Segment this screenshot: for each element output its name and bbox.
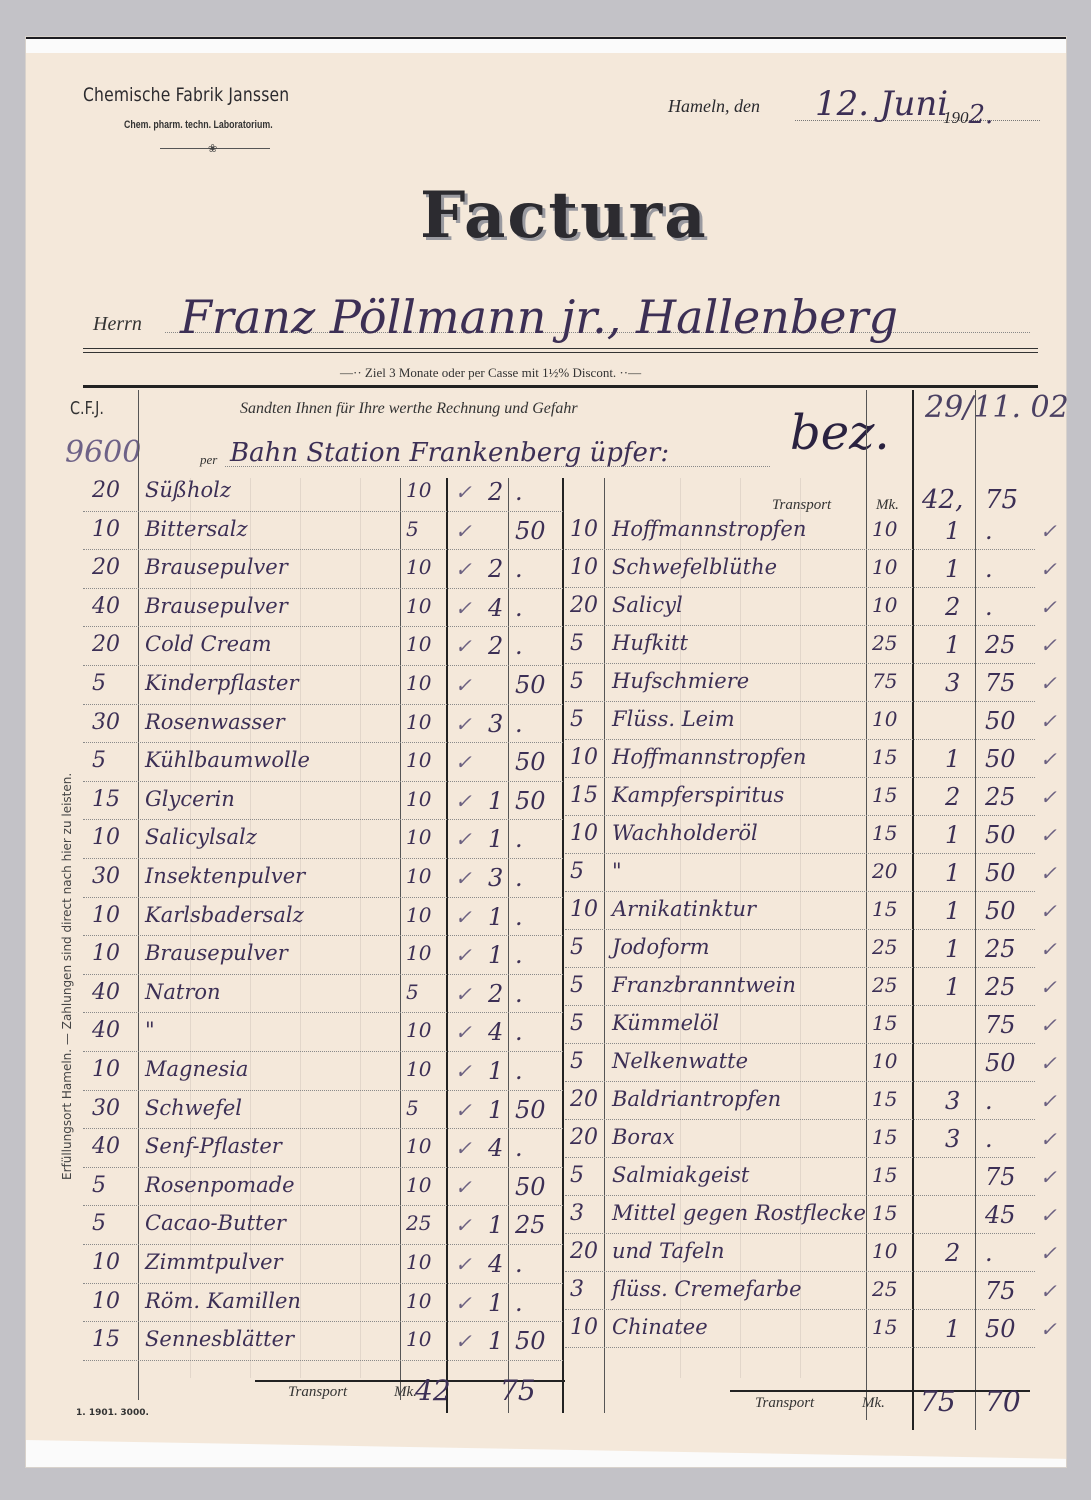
- amount-marks: 2: [945, 783, 960, 811]
- amount-pfennig: 50: [985, 821, 1016, 849]
- item-name: Borax: [612, 1125, 674, 1149]
- item-name: Jodoform: [612, 935, 710, 959]
- table-row: 20Salicyl102.✓: [0, 591, 1091, 630]
- recipient-name: Franz Pöllmann jr., Hallenberg: [180, 290, 898, 344]
- amount-marks: 1: [945, 517, 960, 545]
- table-row: 5Hufschmiere75375✓: [0, 667, 1091, 706]
- amount-pfennig: 50: [985, 1049, 1016, 1077]
- item-quantity: 10: [570, 821, 598, 846]
- rule-thick: [83, 385, 1038, 388]
- item-name: Schwefelblüthe: [612, 555, 777, 579]
- item-quantity: 10: [570, 517, 598, 542]
- item-quantity: 3: [570, 1277, 584, 1302]
- amount-marks: 3: [945, 1087, 960, 1115]
- place-prefix: Hameln, den: [668, 96, 760, 117]
- amount-pfennig: 75: [985, 1011, 1016, 1039]
- amount-pfennig: .: [985, 517, 993, 545]
- unit-price: 10: [872, 517, 897, 541]
- check-mark-icon: ✓: [1040, 1317, 1057, 1341]
- item-quantity: 5: [570, 669, 584, 694]
- amount-pfennig: 50: [985, 1315, 1016, 1343]
- item-quantity: 5: [570, 935, 584, 960]
- check-mark-icon: ✓: [1040, 595, 1057, 619]
- check-mark-icon: ✓: [1040, 747, 1057, 771]
- amount-marks: 2: [945, 593, 960, 621]
- amount-pfennig: 25: [985, 935, 1016, 963]
- document-title: Factura: [420, 178, 708, 253]
- check-mark-icon: ✓: [1040, 671, 1057, 695]
- table-row: 20Borax153.✓: [0, 1123, 1091, 1162]
- item-quantity: 5: [570, 1049, 584, 1074]
- item-name: Hoffmannstropfen: [612, 517, 806, 541]
- company-subtitle: Chem. pharm. techn. Laboratorium.: [124, 119, 273, 131]
- unit-price: 25: [872, 935, 897, 959]
- item-quantity: 15: [570, 783, 598, 808]
- table-row: 15Kampferspiritus15225✓: [0, 781, 1091, 820]
- item-name: Süßholz: [145, 478, 231, 502]
- table-row: 10Hoffmannstropfen15150✓: [0, 743, 1091, 782]
- company-name: Chemische Fabrik Janssen: [83, 84, 289, 106]
- amount-pfennig: 45: [985, 1201, 1016, 1229]
- item-name: und Tafeln: [612, 1239, 725, 1263]
- amount-pfennig: 75: [985, 669, 1016, 697]
- check-mark-icon: ✓: [1040, 1127, 1057, 1151]
- printed-year: 1902.: [943, 100, 993, 130]
- item-name: Nelkenwatte: [612, 1049, 748, 1073]
- table-row: 5Nelkenwatte1050✓: [0, 1047, 1091, 1086]
- payment-terms: —·· Ziel 3 Monate oder per Casse mit 1½%…: [340, 365, 641, 381]
- amount-pfennig: 50: [985, 859, 1016, 887]
- item-name: Salmiakgeist: [612, 1163, 749, 1187]
- right-transport-mk: 75: [920, 1385, 956, 1418]
- item-quantity: 5: [570, 859, 584, 884]
- per-label: per: [200, 452, 217, 468]
- item-quantity: 20: [570, 593, 598, 618]
- item-name: Hufschmiere: [612, 669, 749, 693]
- unit-price: 15: [872, 1125, 897, 1149]
- table-row: 5Flüss. Leim1050✓: [0, 705, 1091, 744]
- unit-price: 15: [872, 897, 897, 921]
- item-name: Franzbranntwein: [612, 973, 796, 997]
- table-row: 3Mittel gegen Rostflecke1545✓: [0, 1199, 1091, 1238]
- unit-price: 10: [872, 1239, 897, 1263]
- unit-price: 15: [872, 1011, 897, 1035]
- item-quantity: 10: [570, 1315, 598, 1340]
- table-row: 5Hufkitt25125✓: [0, 629, 1091, 668]
- table-row: 10Arnikatinktur15150✓: [0, 895, 1091, 934]
- item-quantity: 20: [570, 1087, 598, 1112]
- table-row: 3flüss. Cremefarbe2575✓: [0, 1275, 1091, 1314]
- table-row: 10Schwefelblüthe101.✓: [0, 553, 1091, 592]
- amount-marks: 3: [945, 1125, 960, 1153]
- check-mark-icon: ✓: [1040, 557, 1057, 581]
- table-row: 20Baldriantropfen153.✓: [0, 1085, 1091, 1124]
- amount-pfennig: .: [515, 478, 523, 506]
- right-transport-label: Transport: [755, 1395, 814, 1412]
- unit-price: 15: [872, 1201, 897, 1225]
- check-mark-icon: ✓: [1040, 1241, 1057, 1265]
- item-quantity: 5: [570, 631, 584, 656]
- unit-price: 15: [872, 1163, 897, 1187]
- table-row: 10Chinatee15150✓: [0, 1313, 1091, 1352]
- item-quantity: 10: [570, 897, 598, 922]
- item-quantity: 10: [570, 555, 598, 580]
- amount-marks: 1: [945, 973, 960, 1001]
- item-name: Wachholderöl: [612, 821, 758, 845]
- amount-marks: 1: [945, 859, 960, 887]
- table-row: 5Kümmelöl1575✓: [0, 1009, 1091, 1048]
- check-mark-icon: ✓: [1040, 633, 1057, 657]
- right-transport-pf: 70: [985, 1385, 1021, 1418]
- unit-price: 25: [872, 973, 897, 997]
- amount-marks: 1: [945, 745, 960, 773]
- check-mark-icon: ✓: [1040, 937, 1057, 961]
- salutation: Herrn: [93, 313, 142, 336]
- unit-price: 15: [872, 821, 897, 845]
- handwritten-date: 12. Juni: [815, 84, 948, 124]
- amount-marks: 1: [945, 555, 960, 583]
- amount-pfennig: 50: [985, 745, 1016, 773]
- table-row: 10Wachholderöl15150✓: [0, 819, 1091, 858]
- unit-price: 10: [872, 707, 897, 731]
- unit-price: 25: [872, 1277, 897, 1301]
- item-name: Mittel gegen Rostflecke: [612, 1201, 866, 1225]
- amount-pfennig: .: [985, 1239, 993, 1267]
- amount-marks: 2: [945, 1239, 960, 1267]
- item-quantity: 20: [570, 1239, 598, 1264]
- item-name: ": [612, 859, 622, 883]
- check-mark-icon: ✓: [1040, 519, 1057, 543]
- item-name: Arnikatinktur: [612, 897, 756, 921]
- amount-pfennig: 25: [985, 783, 1016, 811]
- item-quantity: 3: [570, 1201, 584, 1226]
- unit-price: 25: [872, 631, 897, 655]
- unit-price: 75: [872, 669, 897, 693]
- company-initials: C.F.J.: [70, 398, 104, 419]
- check-mark-icon: ✓: [1040, 861, 1057, 885]
- item-name: Flüss. Leim: [612, 707, 735, 731]
- amount-marks: 1: [945, 631, 960, 659]
- handwritten-year-digit: 2.: [969, 100, 994, 130]
- left-transport-pf: 75: [500, 1374, 536, 1407]
- check-mark-icon: ✓: [1040, 709, 1057, 733]
- table-row: 20und Tafeln102.✓: [0, 1237, 1091, 1276]
- table-row: 5Salmiakgeist1575✓: [0, 1161, 1091, 1200]
- check-mark-icon: ✓: [1040, 785, 1057, 809]
- item-name: Kümmelöl: [612, 1011, 719, 1035]
- amount-pfennig: .: [985, 1125, 993, 1153]
- check-mark-icon: ✓: [1040, 1051, 1057, 1075]
- table-row: 5"20150✓: [0, 857, 1091, 896]
- table-row: 20Süßholz102.✓: [0, 476, 1091, 515]
- amount-pfennig: 25: [985, 973, 1016, 1001]
- item-quantity: 5: [570, 1163, 584, 1188]
- check-mark-icon: ✓: [1040, 899, 1057, 923]
- check-mark-icon: ✓: [1040, 1165, 1057, 1189]
- amount-marks: 2: [488, 478, 503, 506]
- unit-price: 10: [872, 555, 897, 579]
- unit-price: 10: [872, 593, 897, 617]
- unit-price: 15: [872, 1315, 897, 1339]
- check-mark-icon: ✓: [1040, 1203, 1057, 1227]
- table-row: 5Franzbranntwein25125✓: [0, 971, 1091, 1010]
- shipping-route: Bahn Station Frankenberg üpfer:: [230, 438, 669, 468]
- check-mark-icon: ✓: [1040, 1279, 1057, 1303]
- ornament-icon: ❀: [208, 142, 217, 155]
- unit-price: 15: [872, 1087, 897, 1111]
- item-name: Baldriantropfen: [612, 1087, 781, 1111]
- amount-pfennig: .: [985, 1087, 993, 1115]
- check-mark-icon: ✓: [1040, 1013, 1057, 1037]
- amount-pfennig: 75: [985, 1277, 1016, 1305]
- reference-number: 9600: [65, 435, 141, 470]
- check-mark-icon: ✓: [1040, 1089, 1057, 1113]
- paid-date: 29/11. 02: [925, 390, 1069, 425]
- amount-pfennig: 50: [985, 897, 1016, 925]
- check-mark-icon: ✓: [1040, 823, 1057, 847]
- right-currency-label: Mk.: [862, 1395, 885, 1412]
- amount-pfennig: 75: [985, 1163, 1016, 1191]
- item-quantity: 5: [570, 1011, 584, 1036]
- item-name: Chinatee: [612, 1315, 708, 1339]
- left-currency-label: Mk.: [394, 1384, 417, 1401]
- check-mark-icon: ✓: [455, 480, 472, 504]
- amount-pfennig: 50: [985, 707, 1016, 735]
- item-quantity: 10: [570, 745, 598, 770]
- item-name: Hoffmannstropfen: [612, 745, 806, 769]
- item-name: Kampferspiritus: [612, 783, 784, 807]
- amount-marks: 3: [945, 669, 960, 697]
- item-name: Hufkitt: [612, 631, 688, 655]
- amount-marks: 1: [945, 897, 960, 925]
- rule: [83, 348, 1038, 349]
- amount-marks: 1: [945, 935, 960, 963]
- item-quantity: 5: [570, 707, 584, 732]
- table-row: 5Jodoform25125✓: [0, 933, 1091, 972]
- table-row: 10Hoffmannstropfen101.✓: [0, 515, 1091, 554]
- item-quantity: 20: [570, 1125, 598, 1150]
- left-transport-mk: 42: [415, 1374, 451, 1407]
- amount-marks: 1: [945, 1315, 960, 1343]
- amount-marks: 1: [945, 821, 960, 849]
- item-name: flüss. Cremefarbe: [612, 1277, 802, 1301]
- print-code: 1. 1901. 3000.: [76, 1408, 149, 1418]
- amount-pfennig: .: [985, 555, 993, 583]
- paid-annotation: bez.: [790, 405, 890, 461]
- item-name: Salicyl: [612, 593, 683, 617]
- unit-price: 15: [872, 783, 897, 807]
- unit-price: 10: [406, 478, 431, 502]
- amount-pfennig: 25: [985, 631, 1016, 659]
- unit-price: 20: [872, 859, 897, 883]
- unit-price: 10: [872, 1049, 897, 1073]
- amount-pfennig: .: [985, 593, 993, 621]
- paper-top-edge: [26, 37, 1066, 53]
- unit-price: 15: [872, 745, 897, 769]
- item-quantity: 5: [570, 973, 584, 998]
- intro-text: Sandten Ihnen für Ihre werthe Rechnung u…: [240, 400, 578, 418]
- item-quantity: 20: [92, 478, 120, 503]
- check-mark-icon: ✓: [1040, 975, 1057, 999]
- rule: [83, 352, 1038, 353]
- left-transport-label: Transport: [288, 1384, 347, 1401]
